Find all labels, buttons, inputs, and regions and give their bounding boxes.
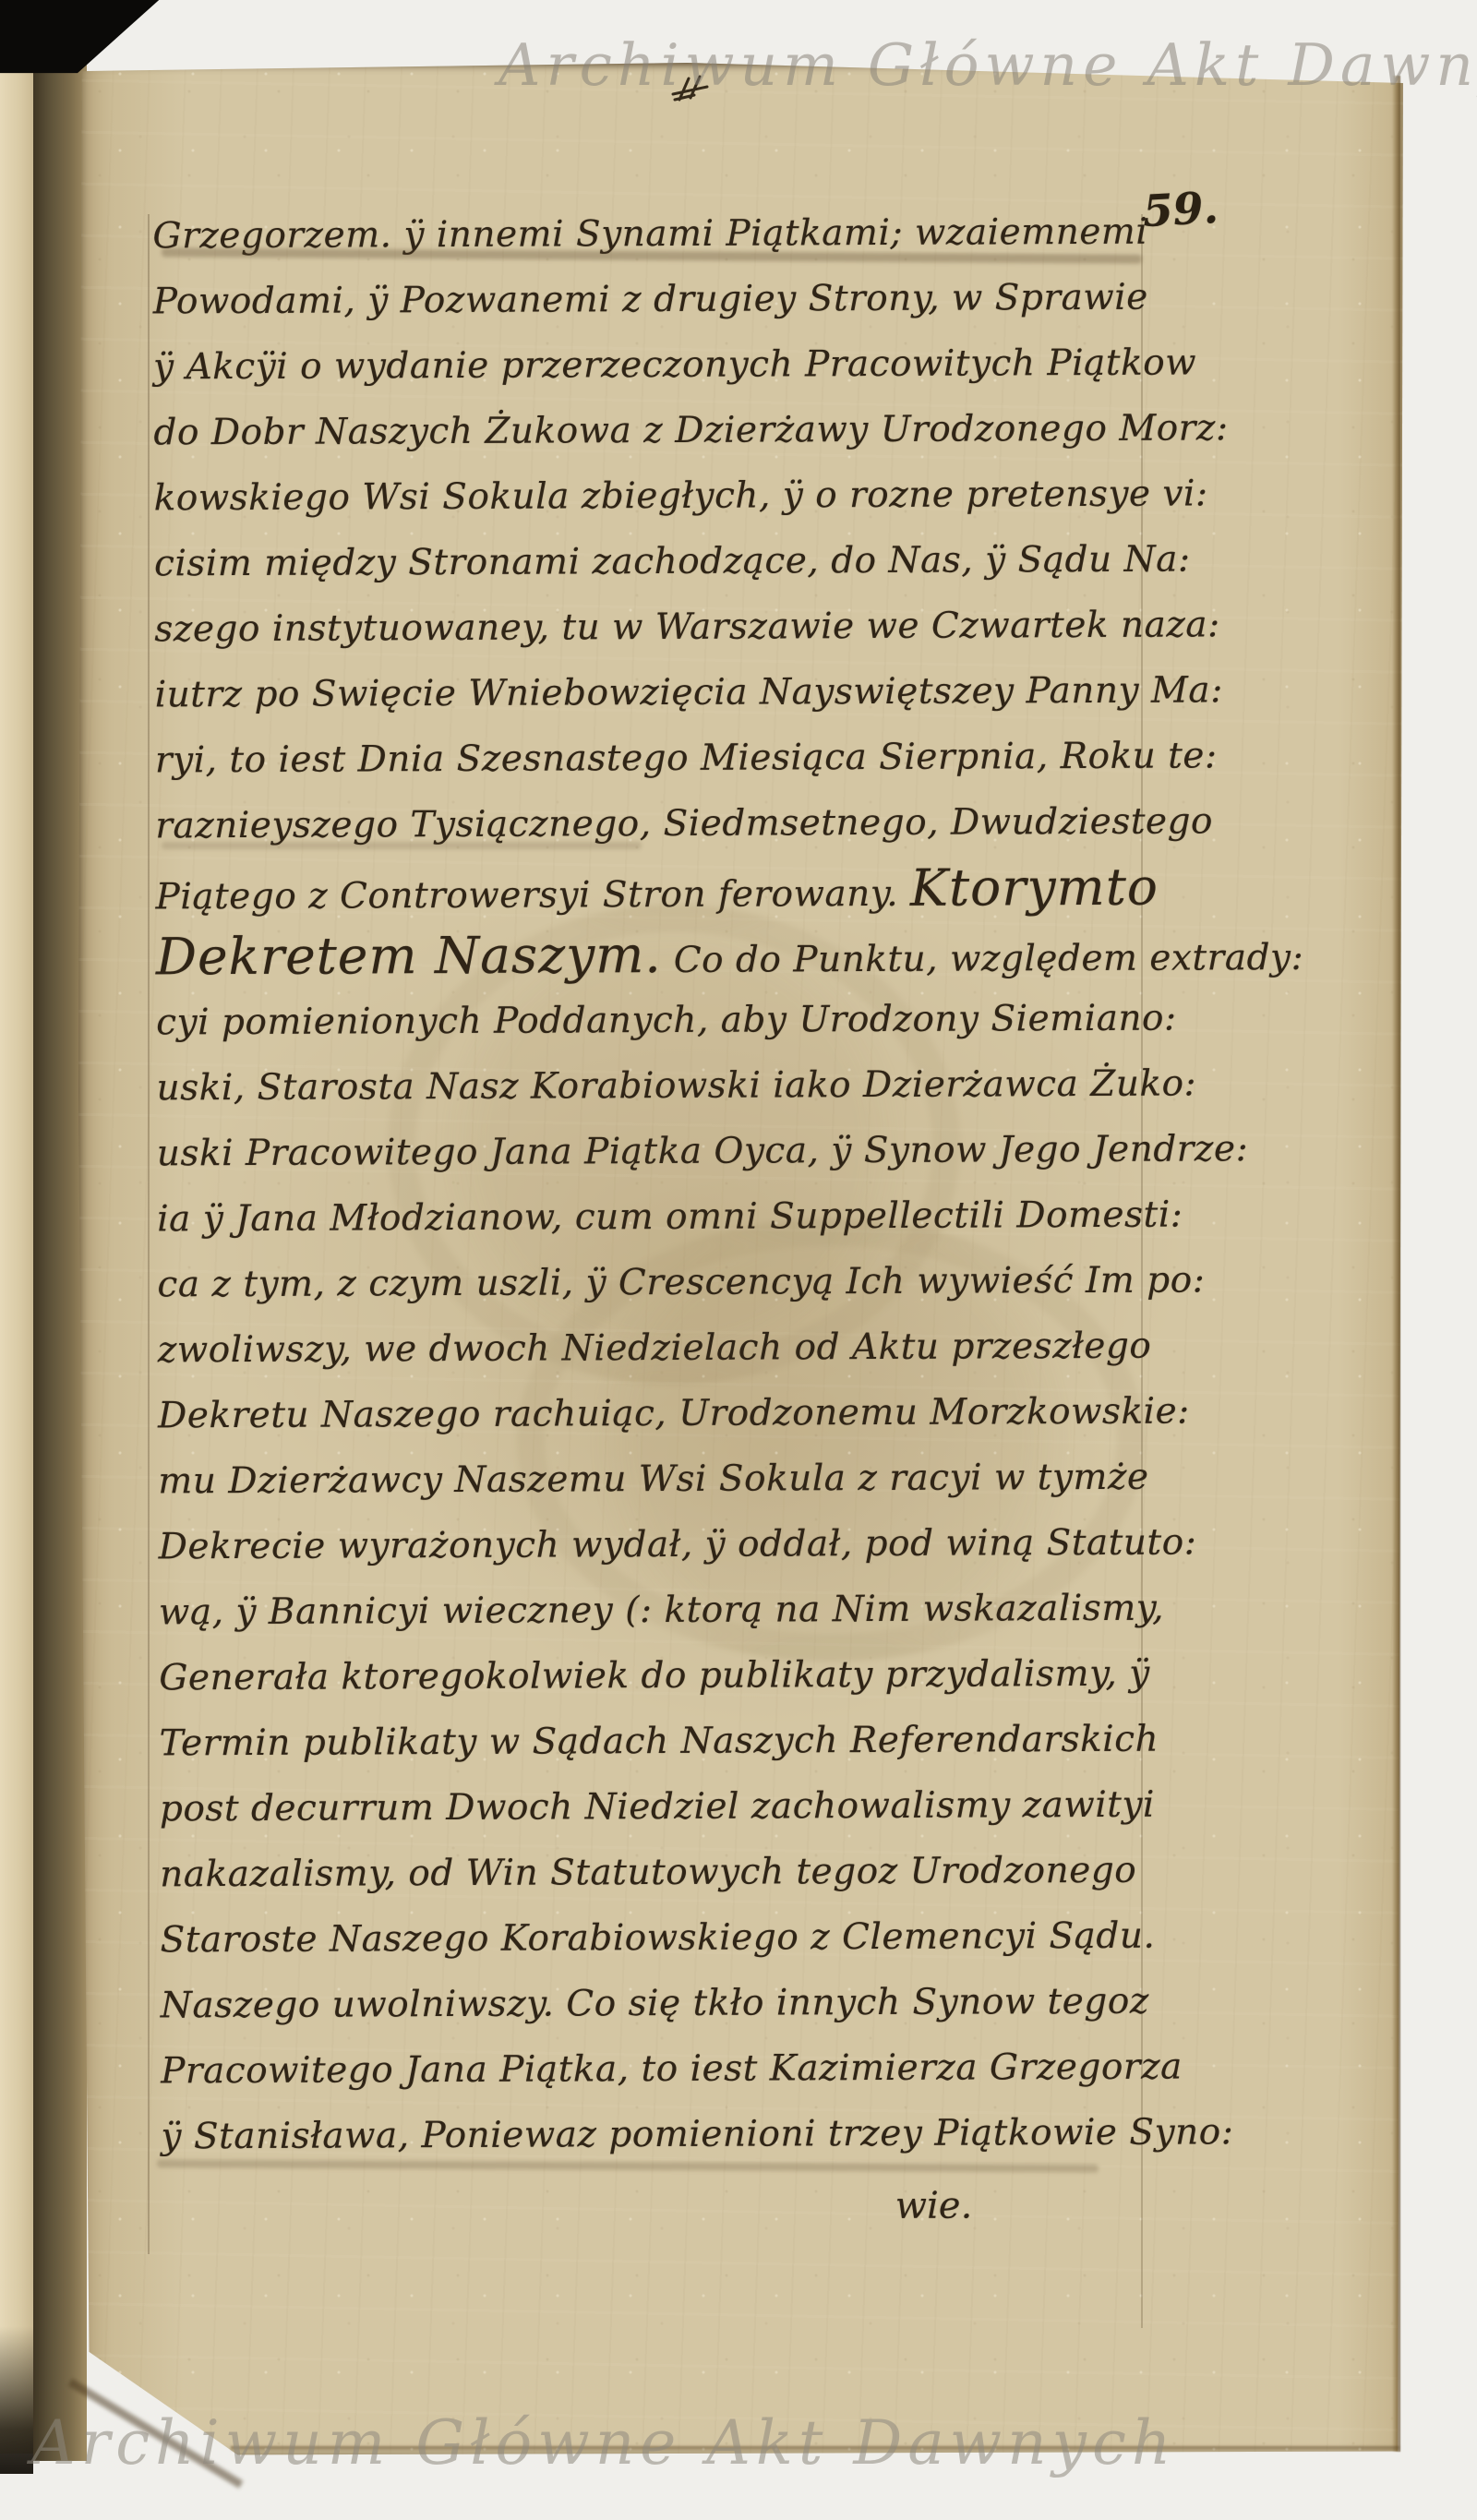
handwritten-line: Dekrecie wyrażonych wydał, ÿ oddał, pod … (159, 1514, 1174, 1584)
handwritten-line: post decurrum Dwoch Niedziel zachowalism… (160, 1776, 1175, 1846)
handwritten-line: Pracowitego Jana Piątka, to iest Kazimie… (161, 2038, 1176, 2108)
handwritten-line: Termin publikaty w Sądach Naszych Refere… (159, 1710, 1174, 1781)
line-text: Powodami, ÿ Pozwanemi z drugiey Strony, … (153, 277, 1148, 323)
line-text: uski, Starosta Nasz Korabiowski iako Dzi… (156, 1062, 1196, 1109)
catchword: wie. (895, 2185, 973, 2227)
line-text: nakazalismy, od Win Statutowych tegoz Ur… (160, 1850, 1136, 1896)
line-text: ÿ Akcÿi o wydanie przerzeczonych Pracowi… (153, 342, 1196, 388)
handwritten-line: Staroste Naszego Korabiowskiego z Clemen… (160, 1907, 1175, 1977)
line-text: wą, ÿ Bannicyi wieczney (: ktorą na Nim … (159, 1588, 1164, 1634)
handwritten-line: cisim między Stronami zachodzące, do Nas… (154, 531, 1170, 601)
handwritten-line: raznieyszego Tysiącznego, Siedmsetnego, … (155, 793, 1171, 863)
handwritten-line: Naszego uwolniwszy. Co się tkło innych S… (161, 1973, 1176, 2043)
line-text: Dekretu Naszego rachuiąc, Urodzonemu Mor… (158, 1391, 1190, 1437)
handwritten-line: szego instytuowaney, tu w Warszawie we C… (154, 596, 1170, 666)
line-text: ia ÿ Jana Młodzianow, cum omni Suppellec… (157, 1194, 1183, 1241)
line-text: Termin publikaty w Sądach Naszych Refere… (160, 1719, 1159, 1765)
handwritten-line: ryi, to iest Dnia Szesnastego Miesiąca S… (155, 727, 1171, 798)
line-text: Dekrecie wyrażonych wydał, ÿ oddał, pod … (159, 1521, 1197, 1567)
handwritten-line: kowskiego Wsi Sokula zbiegłych, ÿ o rozn… (154, 465, 1170, 535)
line-text: szego instytuowaney, tu w Warszawie we C… (154, 604, 1220, 650)
text-block: Grzegorzem. ÿ innemi Synami Piątkami; wz… (152, 203, 1176, 2174)
margin-rule-left (148, 214, 150, 2254)
handwritten-line: ÿ Akcÿi o wydanie przerzeczonych Pracowi… (153, 334, 1169, 404)
handwritten-line: Generała ktoregokolwiek do publikaty prz… (159, 1645, 1174, 1715)
manuscript-scan: 59. Grzegorzem. ÿ innemi Synami Piątkami… (0, 0, 1477, 2520)
handwritten-line: Dekretu Naszego rachuiąc, Urodzonemu Mor… (158, 1383, 1173, 1453)
line-text: zwoliwszy, we dwoch Niedzielach od Aktu … (158, 1326, 1152, 1372)
line-text: Naszego uwolniwszy. Co się tkło innych S… (161, 1981, 1149, 2027)
archive-watermark-bottom: Archiwum Główne Akt Dawnych (31, 2407, 1176, 2478)
handwritten-line: nakazalismy, od Win Statutowych tegoz Ur… (160, 1842, 1175, 1912)
line-text: Piątego z Controwersyi Stron ferowany. (156, 873, 911, 918)
handwritten-line: zwoliwszy, we dwoch Niedzielach od Aktu … (158, 1317, 1173, 1387)
line-text: kowskiego Wsi Sokula zbiegłych, ÿ o rozn… (154, 473, 1208, 519)
handwritten-line: Piątego z Controwersyi Stron ferowany. K… (155, 858, 1171, 929)
handwritten-line: mu Dzierżawcy Naszemu Wsi Sokula z racyi… (158, 1448, 1173, 1518)
handwritten-line: uski Pracowitego Jana Piątka Oyca, ÿ Syn… (157, 1121, 1172, 1191)
line-text: iutrz po Swięcie Wniebowzięcia Nayswięts… (155, 669, 1223, 715)
line-text: ÿ Stanisława, Poniewaz pomienioni trzey … (161, 2111, 1233, 2157)
line-text: Pracowitego Jana Piątka, to iest Kazimie… (161, 2046, 1183, 2093)
handwritten-line: ca z tym, z czym uszli, ÿ Crescencyą Ich… (157, 1252, 1172, 1322)
page-right-edge (1392, 76, 1400, 2452)
archive-watermark-top: Archiwum Główne Akt Dawnych (498, 31, 1477, 99)
handwritten-line: wą, ÿ Bannicyi wieczney (: ktorą na Nim … (159, 1579, 1174, 1650)
line-text: post decurrum Dwoch Niedziel zachowalism… (160, 1784, 1155, 1830)
line-text: cisim między Stronami zachodzące, do Nas… (154, 539, 1191, 585)
emphasized-text: Dekretem Naszym. (156, 925, 662, 986)
binding-bottom-shadow (0, 2326, 33, 2474)
line-text: ca z tym, z czym uszli, ÿ Crescencyą Ich… (157, 1259, 1205, 1305)
handwritten-line: cyi pomienionych Poddanych, aby Urodzony… (156, 990, 1171, 1060)
handwritten-line: do Dobr Naszych Żukowa z Dzierżawy Urodz… (153, 400, 1169, 470)
handwritten-line: Powodami, ÿ Pozwanemi z drugiey Strony, … (153, 269, 1169, 339)
handwritten-line: Dekretem Naszym. Co do Punktu, względem … (156, 924, 1171, 994)
line-text: Co do Punktu, względem extrady: (662, 937, 1304, 981)
gutter-shadow (33, 61, 87, 2461)
handwritten-line: iutrz po Swięcie Wniebowzięcia Nayswięts… (155, 662, 1171, 732)
line-text: mu Dzierżawcy Naszemu Wsi Sokula z racyi… (158, 1457, 1148, 1503)
line-text: uski Pracowitego Jana Piątka Oyca, ÿ Syn… (157, 1128, 1249, 1174)
ink-smear (162, 842, 642, 849)
handwritten-line: ia ÿ Jana Młodzianow, cum omni Suppellec… (157, 1186, 1172, 1256)
line-text: ryi, to iest Dnia Szesnastego Miesiąca S… (155, 735, 1218, 781)
emphasized-text: Ktorymto (910, 858, 1159, 918)
line-text: cyi pomienionych Poddanych, aby Urodzony… (156, 998, 1177, 1044)
line-text: raznieyszego Tysiącznego, Siedmsetnego, … (155, 800, 1213, 846)
line-text: Staroste Naszego Korabiowskiego z Clemen… (160, 1915, 1155, 1962)
line-text: Generała ktoregokolwiek do publikaty prz… (159, 1653, 1150, 1699)
handwritten-line: uski, Starosta Nasz Korabiowski iako Dzi… (156, 1055, 1171, 1125)
line-text: do Dobr Naszych Żukowa z Dzierżawy Urodz… (153, 407, 1228, 453)
